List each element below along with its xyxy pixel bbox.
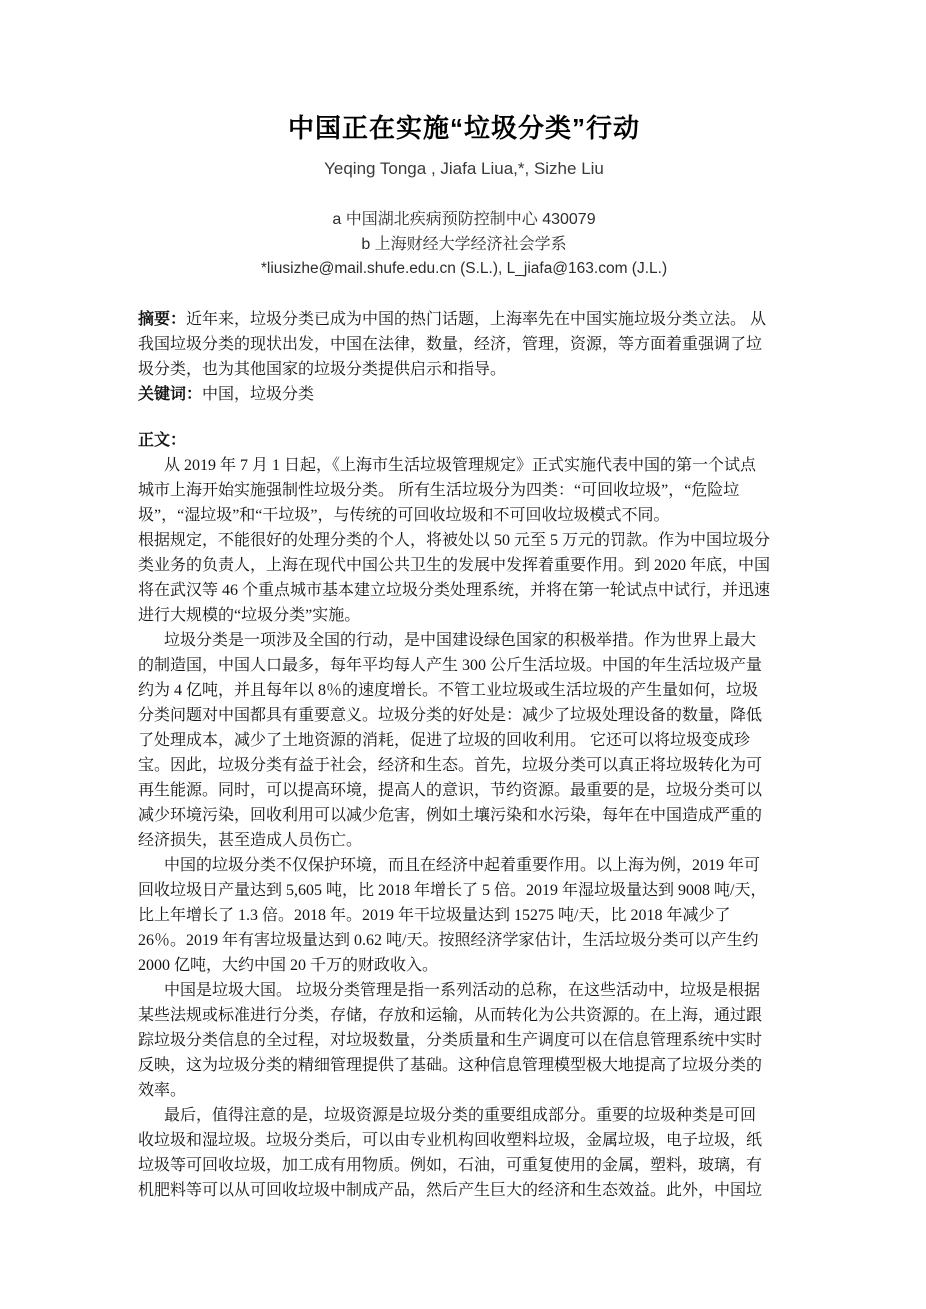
abstract-section: 摘要：近年来，垃圾分类已成为中国的热门话题，上海率先在中国实施垃圾分类立法。 从… <box>138 307 790 407</box>
text-line: 减少环境污染，回收利用可以减少危害，例如土壤污染和水污染，每年在中国造成严重的 <box>138 803 790 828</box>
keywords-line: 关键词：中国，垃圾分类 <box>138 382 790 407</box>
paragraph: 中国是垃圾大国。 垃圾分类管理是指一系列活动的总称，在这些活动中，垃圾是根据某些… <box>138 978 790 1103</box>
authors-line: Yeqing Tonga , Jiafa Liua,*, Sizhe Liu <box>138 158 790 180</box>
text-line: 26％。2019 年有害垃圾量达到 0.62 吨/天。按照经济学家估计，生活垃圾… <box>138 928 790 953</box>
text-line: 圾”，“湿垃圾”和“干垃圾”，与传统的可回收垃圾和不可回收垃圾模式不同。 <box>138 503 790 528</box>
paragraph: 垃圾分类是一项涉及全国的行动，是中国建设绿色国家的积极举措。作为世界上最大的制造… <box>138 628 790 853</box>
keywords-label: 关键词： <box>138 386 202 403</box>
body-paragraphs: 从 2019 年 7 月 1 日起，《上海市生活垃圾管理规定》正式实施代表中国的… <box>138 453 790 1203</box>
paragraph: 最后，值得注意的是，垃圾资源是垃圾分类的重要组成部分。重要的垃圾种类是可回收垃圾… <box>138 1103 790 1203</box>
text-line: 机肥料等可以从可回收垃圾中制成产品，然后产生巨大的经济和生态效益。此外，中国垃 <box>138 1178 790 1203</box>
abstract-text: 近年来，垃圾分类已成为中国的热门话题，上海率先在中国实施垃圾分类立法。 从 <box>186 311 766 328</box>
text-line: 宝。因此，垃圾分类有益于社会，经济和生态。首先，垃圾分类可以真正将垃圾转化为可 <box>138 753 790 778</box>
text-line: 城市上海开始实施强制性垃圾分类。 所有生活垃圾分为四类：“可回收垃圾”，“危险垃 <box>138 478 790 503</box>
abstract-line: 我国垃圾分类的现状出发，中国在法律，数量，经济，管理，资源，等方面着重强调了垃 <box>138 332 790 357</box>
text-line: 根据规定，不能很好的处理分类的个人，将被处以 50 元至 5 万元的罚款。作为中… <box>138 528 790 553</box>
text-line: 类业务的负责人，上海在现代中国公共卫生的发展中发挥着重要作用。到 2020 年底… <box>138 553 790 578</box>
text-line: 从 2019 年 7 月 1 日起，《上海市生活垃圾管理规定》正式实施代表中国的… <box>138 453 790 478</box>
text-line: 了处理成本，减少了土地资源的消耗，促进了垃圾的回收利用。 它还可以将垃圾变成珍 <box>138 728 790 753</box>
body-section-label: 正文： <box>138 428 790 453</box>
text-line: 约为 4 亿吨，并且每年以 8％的速度增长。不管工业垃圾或生活垃圾的产生量如何，… <box>138 678 790 703</box>
affiliations: a 中国湖北疾病预防控制中心 430079 b 上海财经大学经济社会学系 <box>138 207 790 257</box>
abstract-label: 摘要： <box>138 311 186 328</box>
affiliation-a: a 中国湖北疾病预防控制中心 430079 <box>138 207 790 232</box>
text-line: 2000 亿吨，大约中国 20 千万的财政收入。 <box>138 953 790 978</box>
text-line: 中国是垃圾大国。 垃圾分类管理是指一系列活动的总称，在这些活动中，垃圾是根据 <box>138 978 790 1003</box>
paragraph: 中国的垃圾分类不仅保护环境，而且在经济中起着重要作用。以上海为例，2019 年可… <box>138 853 790 978</box>
text-line: 某些法规或标准进行分类，存储，存放和运输，从而转化为公共资源的。在上海，通过跟 <box>138 1003 790 1028</box>
text-line: 效率。 <box>138 1078 790 1103</box>
paragraph: 从 2019 年 7 月 1 日起，《上海市生活垃圾管理规定》正式实施代表中国的… <box>138 453 790 628</box>
text-line: 踪垃圾分类信息的全过程，对垃圾数量，分类质量和生产调度可以在信息管理系统中实时 <box>138 1028 790 1053</box>
text-line: 经济损失，甚至造成人员伤亡。 <box>138 828 790 853</box>
text-line: 将在武汉等 46 个重点城市基本建立垃圾分类处理系统，并将在第一轮试点中试行，并… <box>138 578 790 603</box>
text-line: 再生能源。同时，可以提高环境，提高人的意识，节约资源。最重要的是，垃圾分类可以 <box>138 778 790 803</box>
text-line: 最后，值得注意的是，垃圾资源是垃圾分类的重要组成部分。重要的垃圾种类是可回 <box>138 1103 790 1128</box>
text-line: 分类问题对中国都具有重要意义。垃圾分类的好处是：减少了垃圾处理设备的数量，降低 <box>138 703 790 728</box>
abstract-line: 摘要：近年来，垃圾分类已成为中国的热门话题，上海率先在中国实施垃圾分类立法。 从 <box>138 307 790 332</box>
text-line: 的制造国，中国人口最多，每年平均每人产生 300 公斤生活垃圾。中国的年生活垃圾… <box>138 653 790 678</box>
keywords-text: 中国，垃圾分类 <box>202 386 314 403</box>
page-title: 中国正在实施“垃圾分类”行动 <box>138 112 790 144</box>
document-content: 中国正在实施“垃圾分类”行动 Yeqing Tonga , Jiafa Liua… <box>138 112 790 1203</box>
text-line: 进行大规模的“垃圾分类”实施。 <box>138 603 790 628</box>
text-line: 比上年增长了 1.3 倍。2018 年。2019 年干垃圾量达到 15275 吨… <box>138 903 790 928</box>
text-line: 反映，这为垃圾分类的精细管理提供了基础。这种信息管理模型极大地提高了垃圾分类的 <box>138 1053 790 1078</box>
affiliation-b: b 上海财经大学经济社会学系 <box>138 232 790 257</box>
contact-emails: *liusizhe@mail.shufe.edu.cn (S.L.), L_ji… <box>138 257 790 280</box>
text-line: 垃圾等可回收垃圾，加工成有用物质。例如，石油，可重复使用的金属，塑料，玻璃，有 <box>138 1153 790 1178</box>
abstract-line: 圾分类，也为其他国家的垃圾分类提供启示和指导。 <box>138 357 790 382</box>
text-line: 中国的垃圾分类不仅保护环境，而且在经济中起着重要作用。以上海为例，2019 年可 <box>138 853 790 878</box>
text-line: 收垃圾和湿垃圾。垃圾分类后，可以由专业机构回收塑料垃圾，金属垃圾，电子垃圾，纸 <box>138 1128 790 1153</box>
text-line: 垃圾分类是一项涉及全国的行动，是中国建设绿色国家的积极举措。作为世界上最大 <box>138 628 790 653</box>
document-page: 中国正在实施“垃圾分类”行动 Yeqing Tonga , Jiafa Liua… <box>0 0 926 1309</box>
text-line: 回收垃圾日产量达到 5,605 吨，比 2018 年增长了 5 倍。2019 年… <box>138 878 790 903</box>
